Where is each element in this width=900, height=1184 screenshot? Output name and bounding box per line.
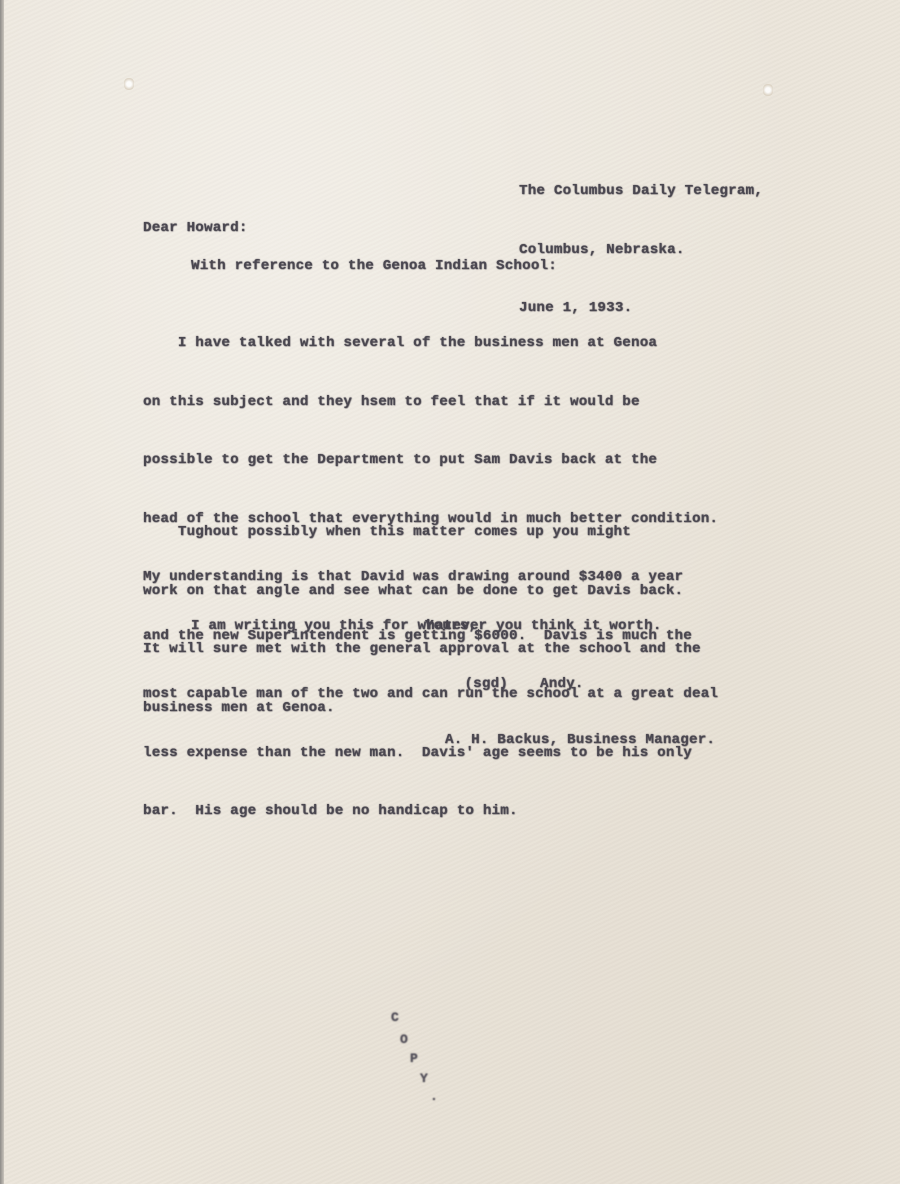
signature-line: (sgd)Andy. <box>447 655 584 694</box>
reference-line: With reference to the Genoa Indian Schoo… <box>191 257 557 277</box>
signature-name: Andy. <box>540 676 584 692</box>
newspaper-name: The Columbus Daily Telegram, <box>519 182 763 202</box>
signer-title-line: A. H. Backus, Business Manager. <box>445 731 715 751</box>
pin-hole-mark <box>124 78 134 90</box>
paragraph-line: I have talked with several of the busine… <box>143 334 718 354</box>
paragraph-line: on this subject and they hsem to feel th… <box>143 393 718 413</box>
salutation: Dear Howard: <box>143 219 248 239</box>
copy-letter: C <box>391 1010 399 1025</box>
complimentary-close: Yours, <box>425 617 477 637</box>
paragraph-line: business men at Genoa. <box>143 699 701 719</box>
paragraph-line: Tughout possibly when this matter comes … <box>143 523 701 543</box>
copy-letter: P <box>410 1051 418 1066</box>
copy-letter: O <box>400 1032 408 1047</box>
copy-letter: . <box>430 1089 438 1104</box>
pin-hole-mark <box>763 84 773 96</box>
paragraph-line: possible to get the Department to put Sa… <box>143 451 718 471</box>
paper-left-edge <box>0 0 4 1184</box>
paragraph-line: bar. His age should be no handicap to hi… <box>143 802 718 822</box>
signed-prefix: (sgd) <box>464 676 508 692</box>
copy-letter: Y <box>420 1071 428 1086</box>
